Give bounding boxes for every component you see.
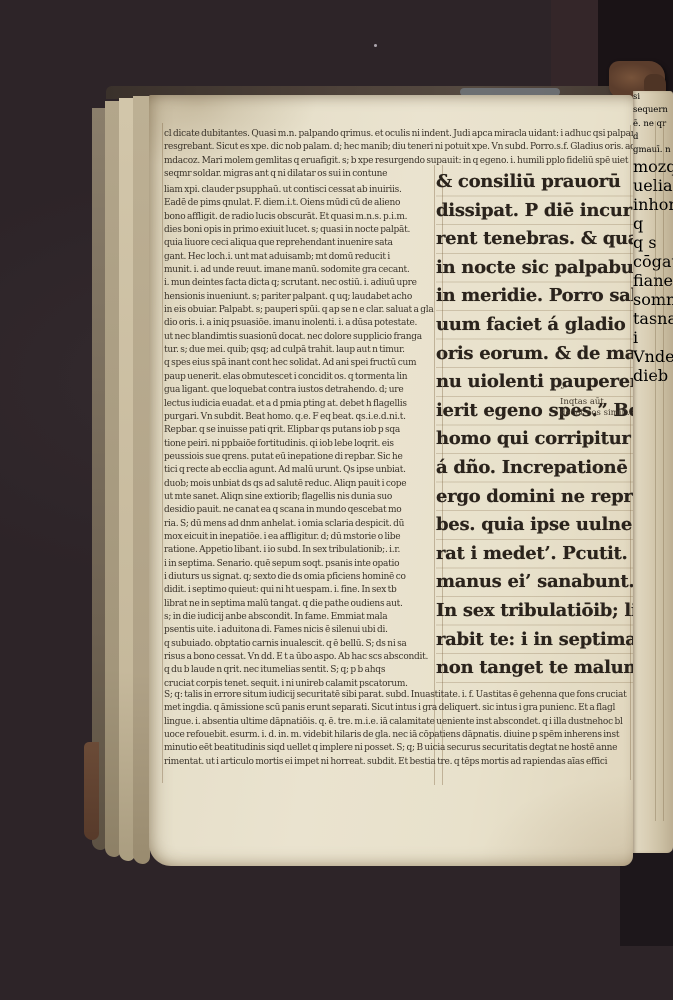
- text-line: ut mte sanet. Aliqn sine extiorib; flage…: [164, 491, 436, 504]
- screenshot: cl dicate dubitantes. Quasi m.n. palpand…: [0, 0, 673, 1000]
- text-line: bes. quia ipse uulne: [436, 511, 636, 540]
- text-segment: n sex tribulatiōib; libe: [444, 600, 636, 621]
- text-line: rat i medet’. Pcutit. i: [436, 540, 636, 569]
- ruling-line-left: [162, 123, 163, 783]
- text-line: á dño. Increpationē: [436, 454, 636, 483]
- text-line: q du b laude n qrit. nec itumelias senti…: [164, 664, 436, 677]
- text-line: i. mun deintes facta dicta q; scrutant. …: [164, 277, 436, 290]
- text-line: purgari. Vn subdit. Beat homo. q.e. F eq…: [164, 411, 436, 424]
- rubric-initial: P: [525, 200, 538, 221]
- text-line: Inqtas aūt: [560, 397, 635, 408]
- text-line: didit. i septimo quieut: qui ni ht uespa…: [164, 584, 436, 597]
- text-segment: ncrepationē: [510, 457, 628, 478]
- text-line: tur. s; due mei. quib; qsq; ad culpā tra…: [164, 344, 436, 357]
- text-segment: cutit. i: [576, 543, 636, 564]
- text-line: Repbar. q se inuisse pati qrit. Elipbar …: [164, 424, 436, 437]
- text-line: mox eicuit in inepatiōe. i ea affligitur…: [164, 531, 436, 544]
- binding-leather-corner: [84, 742, 99, 840]
- text-line: tione peiri. ni ppbaiōe fortitudinis. qi…: [164, 438, 436, 451]
- text-line: resgrebant. Sicut es xpe. dic nob palam.…: [164, 141, 634, 154]
- rubric-initial: I: [502, 457, 510, 478]
- text-line: manus ei’ sanabunt.: [436, 568, 636, 597]
- text-line: in meridie. Porro sal: [436, 282, 636, 311]
- text-line: ria. S; dū mens ad dnm anhelat. i omia s…: [164, 518, 436, 531]
- text-segment: nqtas aūt: [563, 397, 603, 407]
- text-line: dissipat. P diē incur: [436, 197, 636, 226]
- text-line: minutio eēt beatitudinis siqd uellet q i…: [164, 742, 634, 755]
- text-line: oris eorum. & de ma: [436, 340, 636, 369]
- text-line: quia liuore ceci aliqua que reprehendant…: [164, 237, 436, 250]
- text-block-bottom: S; q: talis in errore situm iudicij secu…: [164, 689, 634, 769]
- text-line: dio oris. i. a iniq psuasiōe. imanu inol…: [164, 317, 436, 330]
- text-line: tici q recte ab ecclia agunt. Ad malū ur…: [164, 464, 436, 477]
- marginal-note: ” Inqtas aūtdecet eos simil’.: [560, 386, 635, 419]
- text-line: lectus iudicia euadat. et a d pmia pting…: [164, 398, 436, 411]
- text-line: mdacoz. Mari molem gemlitas q eruafigit.…: [164, 155, 634, 168]
- text-line: fianes somn: [633, 271, 673, 309]
- text-line: rent tenebras. & quasi: [436, 225, 636, 254]
- text-line: rabit te: i in septima: [436, 626, 636, 655]
- manuscript-page: cl dicate dubitantes. Quasi m.n. palpand…: [149, 95, 633, 866]
- text-line: ē. ne qr d: [633, 118, 671, 145]
- text-line: decet eos simil’.: [560, 408, 635, 419]
- text-line: inhorreū q: [633, 195, 673, 233]
- text-line: met ingdia. q āmissione scū panis erunt …: [164, 702, 634, 715]
- text-line: duob; mois unbiat ds qs ad salutē reduc.…: [164, 478, 436, 491]
- rubric-initial: P: [562, 543, 575, 564]
- text-line: Vnde dieb: [633, 347, 673, 385]
- text-line: gua ligant. que loquebat contra iustos d…: [164, 384, 436, 397]
- text-line: non tanget te malum.: [436, 654, 636, 683]
- text-segment: diē incur: [538, 200, 632, 221]
- manuscript-photo: cl dicate dubitantes. Quasi m.n. palpand…: [0, 0, 673, 946]
- text-line: homo qui corripitur: [436, 425, 636, 454]
- text-line: bono affligit. de radio lucis obscurāt. …: [164, 211, 436, 224]
- text-line: ratione. Appetio libant. i io subd. In s…: [164, 544, 436, 557]
- text-line: i diuturs us signat. q; sexto die ds omi…: [164, 571, 436, 584]
- text-line: uoce refouebit. esurm. i. d. in. m. vide…: [164, 729, 634, 742]
- text-segment: decet eos simil’.: [560, 408, 630, 418]
- page-fold-line: [655, 121, 656, 821]
- text-line: dies boni opis in primo exiuit lucet. s;…: [164, 224, 436, 237]
- page-fold-line: [663, 121, 664, 821]
- text-line: cl dicate dubitantes. Quasi m.n. palpand…: [164, 128, 634, 141]
- text-line: i in septima. Senario. quē sepum soqt. p…: [164, 558, 436, 571]
- text-segment: orro sal: [562, 285, 636, 306]
- text-line: liam xpi. clauder psupphaū. ut contisci …: [164, 184, 436, 197]
- next-page-edge: si sequernē. ne qr dgmauī. n mozq ueliai…: [633, 91, 673, 853]
- text-line: ”: [560, 386, 635, 397]
- text-line: q subuiado. obptatio carnis inualescit. …: [164, 638, 436, 651]
- text-line: tasnaelm. i: [633, 309, 673, 347]
- text-line: s; in die iudicij anbe abscondit. In fam…: [164, 611, 436, 624]
- text-column-right-lemma: & consiliū prauorūdissipat. P diē incurr…: [436, 168, 636, 683]
- text-line: mozq uelia: [633, 157, 673, 195]
- text-line: In sex tribulatiōib; libe: [436, 597, 636, 626]
- text-line: Eadē de pims qnulat. F. diem.i.t. Oiens …: [164, 197, 436, 210]
- rubric-initial: P: [549, 285, 562, 306]
- dust-speck: [374, 44, 377, 47]
- next-page-text-top: si sequernē. ne qr dgmauī. n: [633, 91, 671, 157]
- text-line: ut nec blandimtis suasionū docat. nec do…: [164, 331, 436, 344]
- text-line: & consiliū prauorū: [436, 168, 636, 197]
- text-line: librat ne in septima malū tangat. q die …: [164, 598, 436, 611]
- text-line: in nocte sic palpabunt: [436, 254, 636, 283]
- text-line: munit. i. ad unde reuut. imane manū. sod…: [164, 264, 436, 277]
- rubric-initial: ”: [560, 386, 564, 396]
- text-line: hensionis inueniunt. s; pariter palpant.…: [164, 291, 436, 304]
- rubric-initial: I: [436, 600, 444, 621]
- text-line: lingue. i. absentia ultime dāpnatiōis. q…: [164, 716, 634, 729]
- text-segment: in meridie.: [436, 285, 549, 306]
- text-line: risus a bono cessat. Vn dd. E t a ūbo as…: [164, 651, 436, 664]
- next-page-marginalia: mozq ueliainhorreū qq s cōgatafianes som…: [633, 157, 673, 385]
- text-line: rimentat. ut i articulo mortis ei impet …: [164, 756, 634, 769]
- text-segment: rat i medet’.: [436, 543, 562, 564]
- shadow-bottom-right: [620, 851, 673, 946]
- text-segment: á dño.: [436, 457, 502, 478]
- text-line: paup uenerit. elas obmutescet i concidit…: [164, 371, 436, 384]
- text-segment: dissipat.: [436, 200, 525, 221]
- text-line: S; q: talis in errore situm iudicij secu…: [164, 689, 634, 702]
- text-line: ergo domini ne repro: [436, 483, 636, 512]
- text-line: si sequern: [633, 91, 671, 118]
- text-line: desidio pauit. ne canat ea q scana in mu…: [164, 504, 436, 517]
- text-line: uum faciet á gladio: [436, 311, 636, 340]
- text-line: q spes eius spā inant cont hec solidat. …: [164, 357, 436, 370]
- page-edge-stack-4: [133, 96, 150, 864]
- text-column-left-gloss: liam xpi. clauder psupphaū. ut contisci …: [164, 184, 436, 691]
- text-line: q s cōgata: [633, 233, 673, 271]
- text-line: peussiois sue qrens. putat eū inepatione…: [164, 451, 436, 464]
- text-line: in eis obuiar. Palpabt. s; pauperi spūi.…: [164, 304, 436, 317]
- text-line: psentis uite. i aduitona di. Fames nicis…: [164, 624, 436, 637]
- text-line: gant. Hec loch.i. unt mat aduisamb; mt d…: [164, 251, 436, 264]
- text-line: gmauī. n: [633, 144, 671, 157]
- book-spine-shadow: [551, 0, 598, 93]
